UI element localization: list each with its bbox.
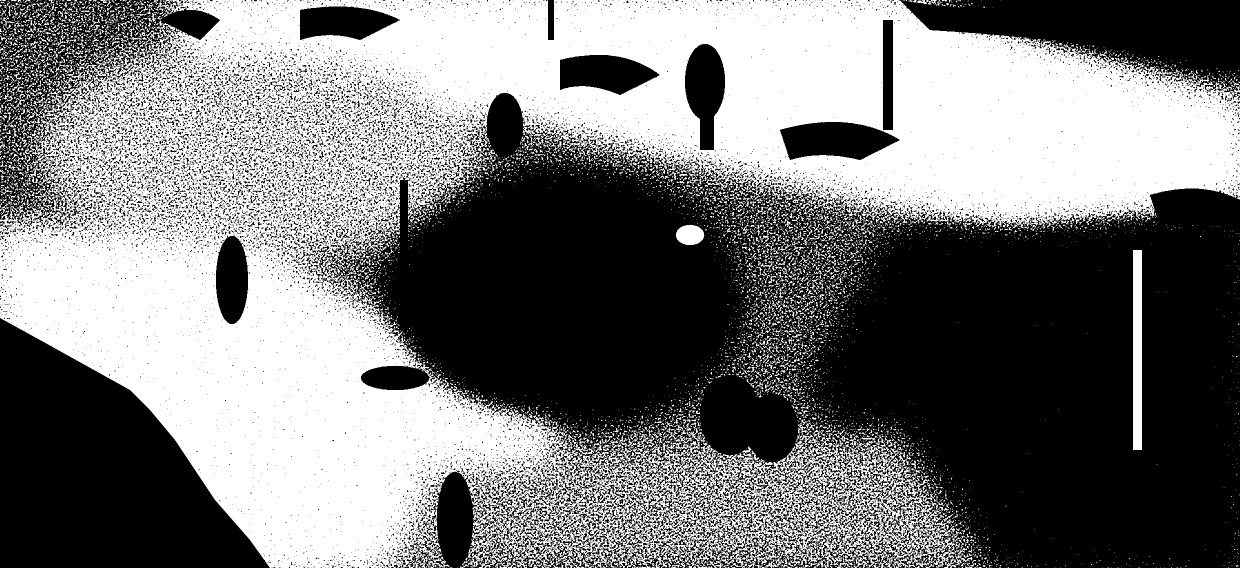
dithered-photograph bbox=[0, 0, 1240, 568]
